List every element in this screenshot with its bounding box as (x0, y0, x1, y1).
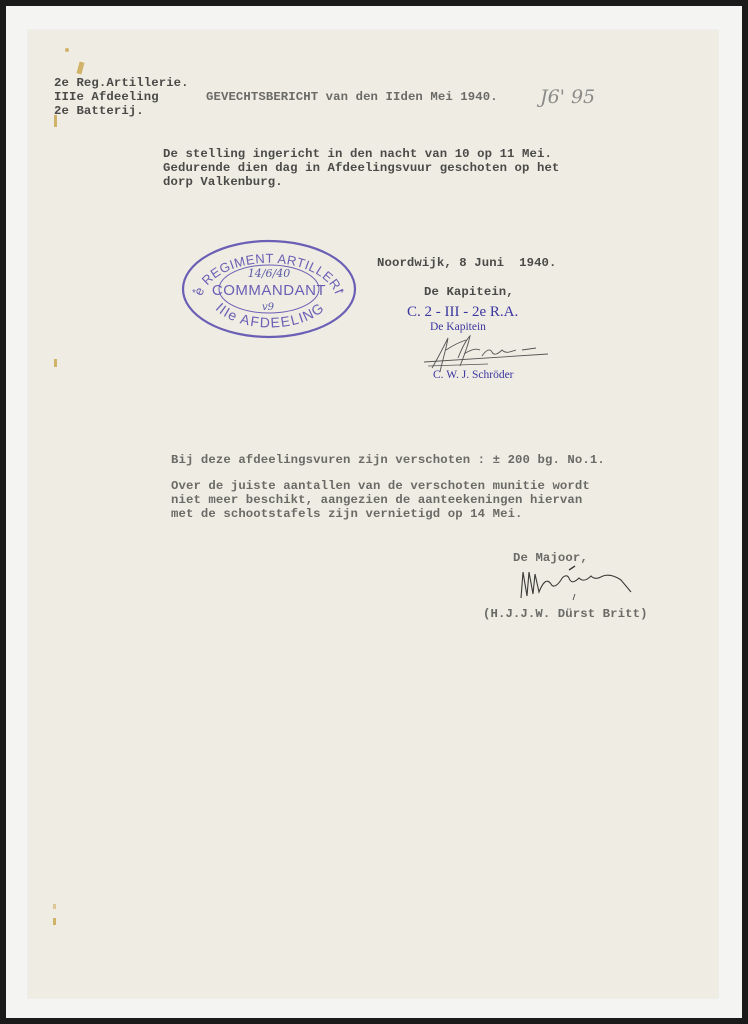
kapitein-name: C. W. J. Schröder (433, 369, 514, 381)
archival-mark (53, 918, 56, 925)
document-title: GEVECHTSBERICHT van den IIden Mei 1940. (206, 90, 498, 104)
unit-stamp: C. 2 - III - 2e R.A. (407, 304, 518, 321)
kapitein-title: De Kapitein, (424, 285, 514, 299)
header-regiment: 2e Reg.Artillerie. (54, 76, 189, 90)
note-line-3: met de schootstafels zijn vernietigd op … (171, 507, 523, 521)
svg-text:v9: v9 (262, 302, 275, 313)
majoor-signature (515, 562, 645, 602)
note-line-2: niet meer beschikt, aangezien de aanteek… (171, 493, 582, 507)
svg-text:14/6/40: 14/6/40 (248, 267, 290, 280)
intro-line-2: Gedurende dien dag in Afdeelingsvuur ges… (163, 161, 559, 175)
svg-text:COMMANDANT: COMMANDANT (212, 282, 326, 299)
intro-line-3: dorp Valkenburg. (163, 175, 283, 189)
header-batterij: 2e Batterij. (54, 104, 144, 118)
note-line-1: Over de juiste aantallen van de verschot… (171, 479, 590, 493)
archival-mark (65, 48, 69, 52)
place-date: Noordwijk, 8 Juni 1940. (377, 256, 557, 270)
header-afdeeling: IIIe Afdeeling (54, 90, 159, 104)
official-stamp: 2e REGIMENT ARTILLERIE IIIe AFDEELING * … (180, 238, 358, 340)
handwritten-reference: J6' 95 (540, 86, 595, 108)
archival-mark (53, 904, 56, 909)
intro-line-1: De stelling ingericht in den nacht van 1… (163, 147, 552, 161)
majoor-name: (H.J.J.W. Dürst Britt) (483, 607, 648, 621)
archival-mark (54, 359, 57, 367)
svg-text:*: * (192, 288, 196, 299)
ammo-line: Bij deze afdeelingsvuren zijn verschoten… (171, 453, 605, 467)
svg-text:*: * (340, 288, 344, 299)
